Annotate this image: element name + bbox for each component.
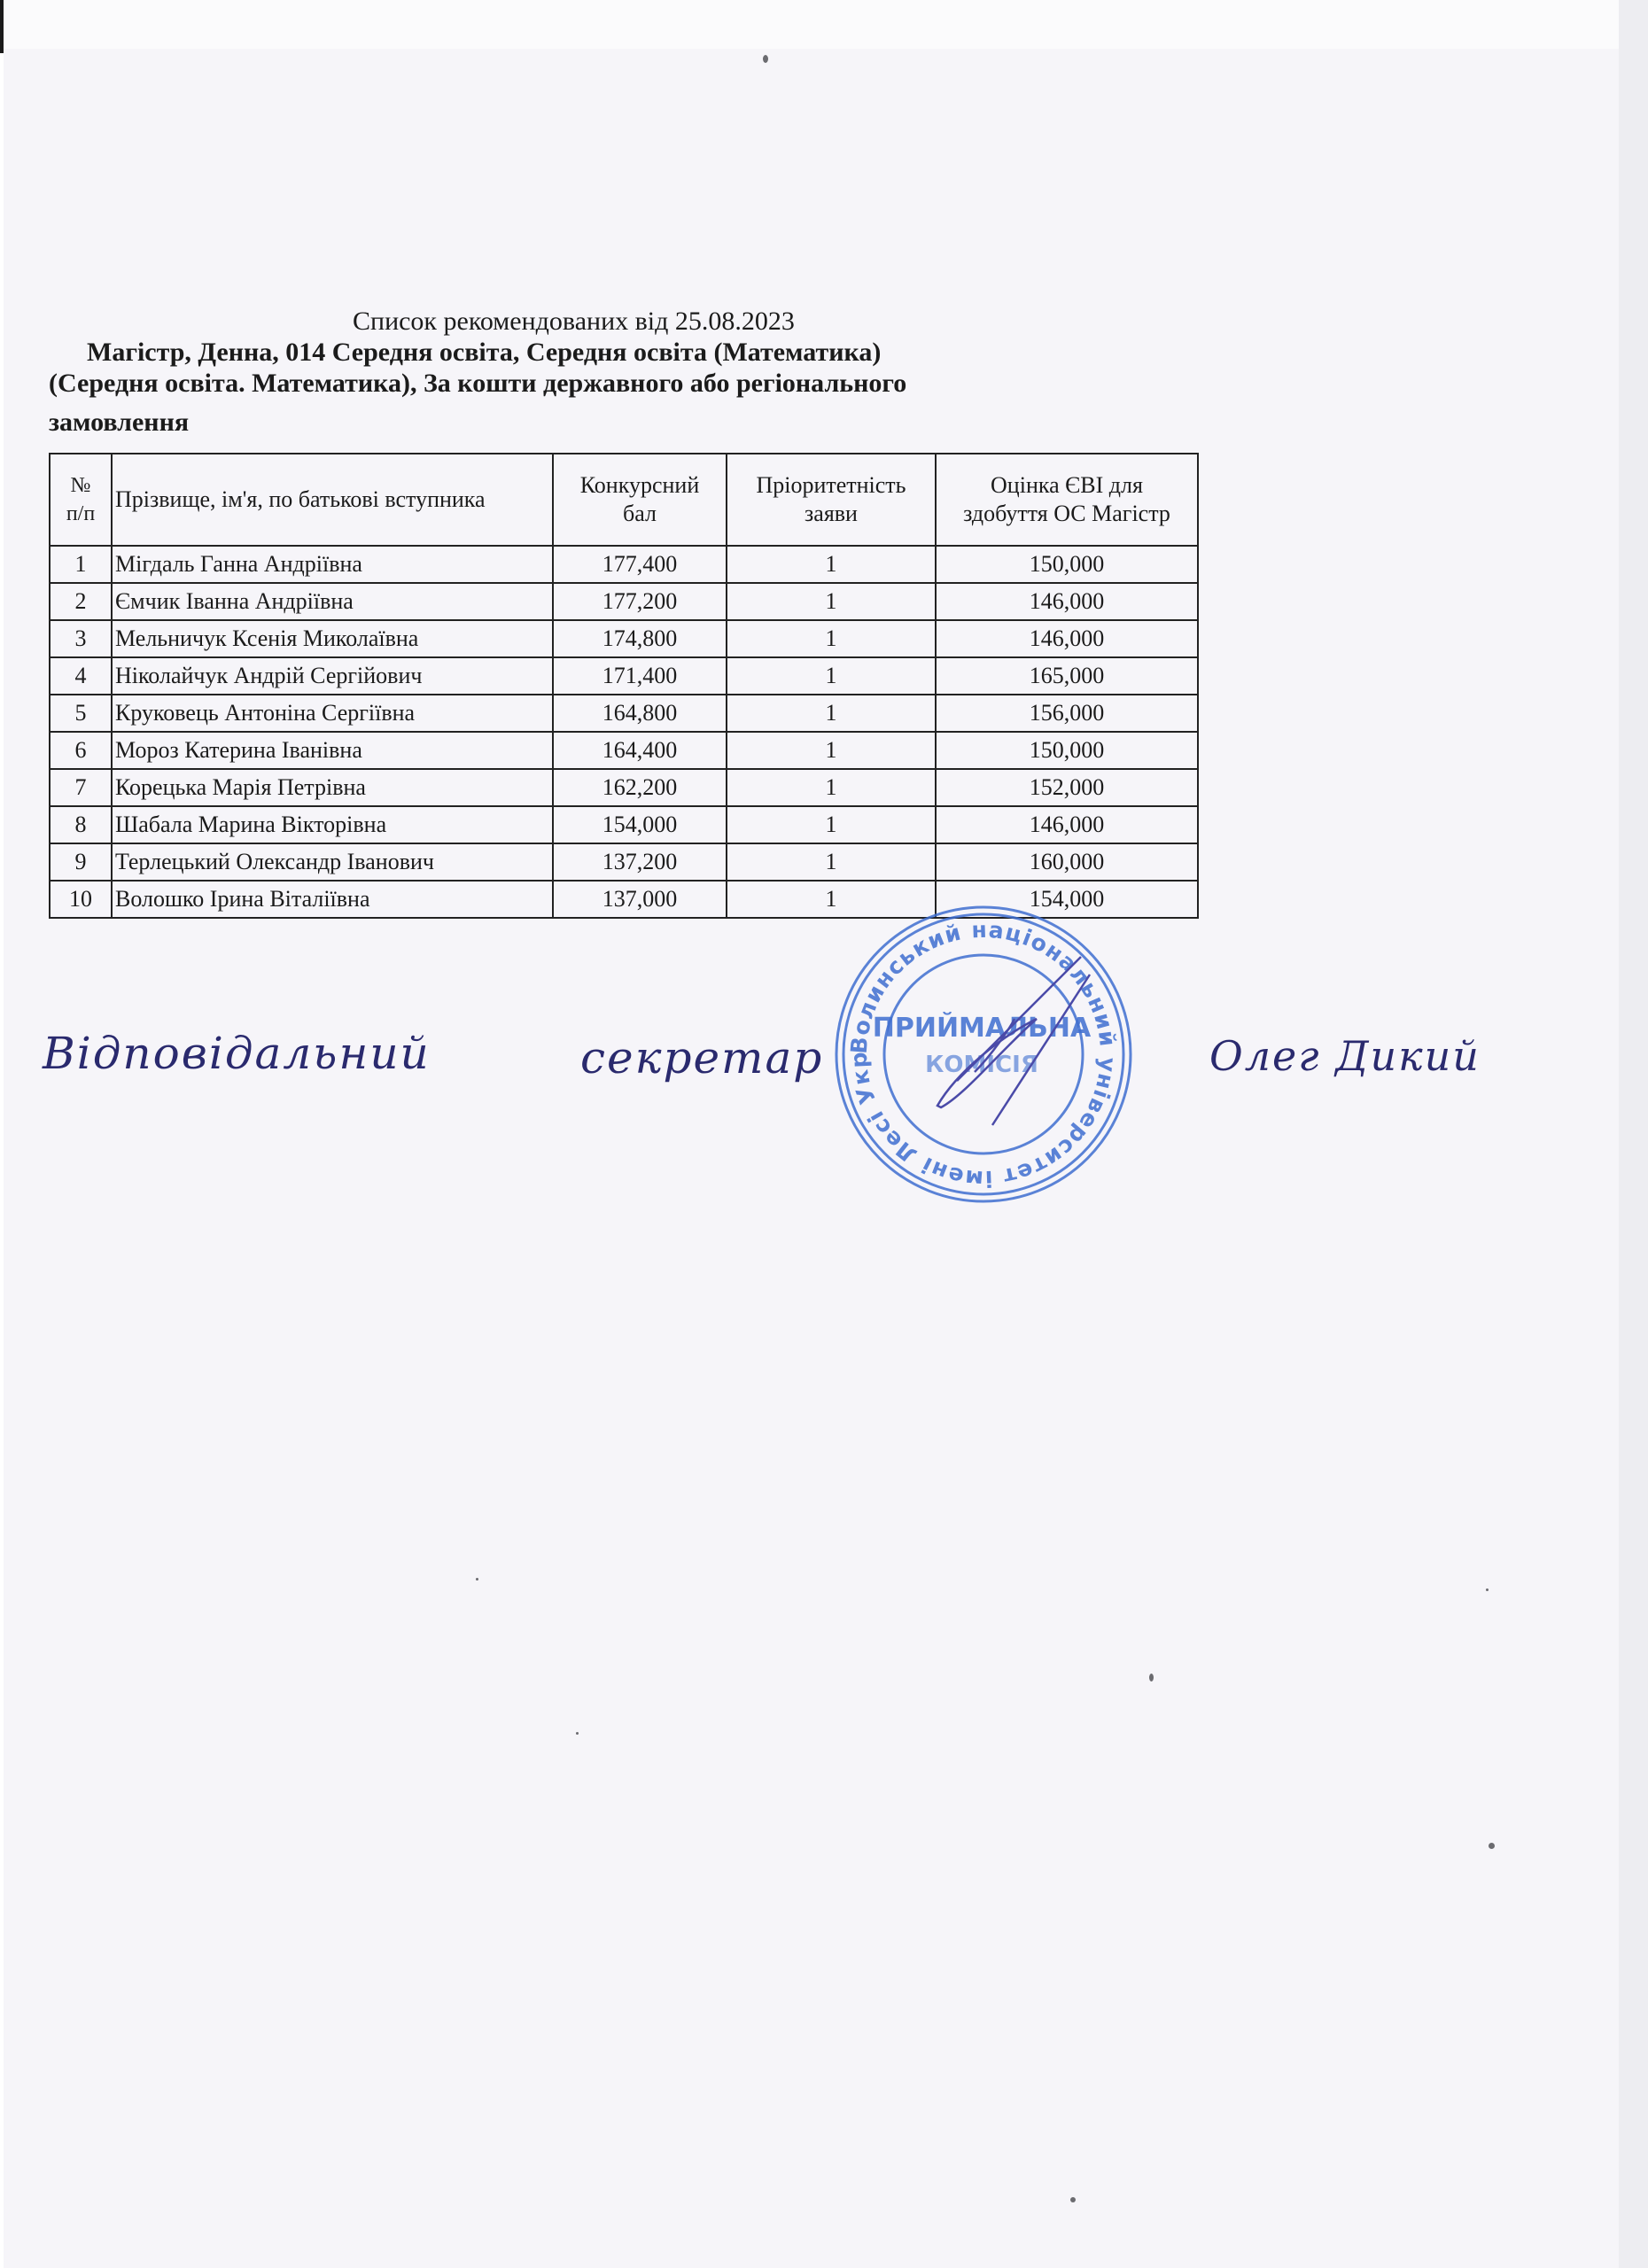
table-header-row: № п/п Прізвище, ім'я, по батькові вступн… (50, 454, 1198, 546)
competitive-score: 171,400 (553, 657, 727, 695)
header-score: Конкурсний бал (553, 454, 727, 546)
speck (1489, 1843, 1495, 1849)
signature-position-word2: секретар (580, 1032, 823, 1084)
header-score-line1: Конкурсний (580, 472, 700, 498)
speck (576, 1732, 579, 1735)
admission-committee-stamp: Волинський національний університет імен… (824, 895, 1143, 1214)
speck (1070, 2197, 1076, 2202)
application-priority: 1 (727, 806, 936, 843)
scan-backdrop-top (0, 0, 1648, 49)
header-score-line2: бал (623, 501, 657, 526)
evi-score: 156,000 (936, 695, 1198, 732)
speck (1486, 1588, 1489, 1591)
competitive-score: 137,000 (553, 881, 727, 918)
applicant-name: Терлецький Олександр Іванович (112, 843, 553, 881)
evi-score: 150,000 (936, 732, 1198, 769)
applicant-name: Волошко Ірина Віталіївна (112, 881, 553, 918)
evi-score: 160,000 (936, 843, 1198, 881)
speck (476, 1578, 478, 1581)
row-number: 7 (50, 769, 112, 806)
speck (1149, 1674, 1154, 1682)
competitive-score: 174,800 (553, 620, 727, 657)
scan-backdrop-right (1619, 0, 1648, 2268)
header-priority-line1: Пріоритетність (756, 472, 906, 498)
table-row: 8Шабала Марина Вікторівна154,0001146,000 (50, 806, 1198, 843)
applicant-name: Мороз Катерина Іванівна (112, 732, 553, 769)
competitive-score: 164,800 (553, 695, 727, 732)
applicant-name: Мельничук Ксенія Миколаївна (112, 620, 553, 657)
table-row: 5Круковець Антоніна Сергіївна164,8001156… (50, 695, 1198, 732)
evi-score: 146,000 (936, 806, 1198, 843)
application-priority: 1 (727, 583, 936, 620)
table-row: 7Корецька Марія Петрівна162,2001152,000 (50, 769, 1198, 806)
header-evi-line1: Оцінка ЄВІ для (991, 472, 1143, 498)
application-priority: 1 (727, 732, 936, 769)
header-number-line2: п/п (66, 502, 95, 525)
evi-score: 146,000 (936, 583, 1198, 620)
application-priority: 1 (727, 620, 936, 657)
signature-name: Олег Дикий (1209, 1032, 1481, 1080)
evi-score: 165,000 (936, 657, 1198, 695)
row-number: 5 (50, 695, 112, 732)
header-evi: Оцінка ЄВІ для здобуття ОС Магістр (936, 454, 1198, 546)
competitive-score: 177,200 (553, 583, 727, 620)
row-number: 3 (50, 620, 112, 657)
application-priority: 1 (727, 843, 936, 881)
competitive-score: 177,400 (553, 546, 727, 583)
recommended-list-table: № п/п Прізвище, ім'я, по батькові вступн… (49, 453, 1199, 919)
competitive-score: 154,000 (553, 806, 727, 843)
row-number: 1 (50, 546, 112, 583)
header-number-line1: № (71, 474, 91, 497)
evi-score: 146,000 (936, 620, 1198, 657)
row-number: 6 (50, 732, 112, 769)
table-row: 3Мельничук Ксенія Миколаївна174,8001146,… (50, 620, 1198, 657)
applicant-name: Ніколайчук Андрій Сергійович (112, 657, 553, 695)
applicant-name: Шабала Марина Вікторівна (112, 806, 553, 843)
speck (763, 55, 768, 63)
row-number: 8 (50, 806, 112, 843)
row-number: 10 (50, 881, 112, 918)
program-line-2: (Середня освіта. Математика), За кошти д… (49, 369, 906, 399)
competitive-score: 164,400 (553, 732, 727, 769)
table-row: 9Терлецький Олександр Іванович137,200116… (50, 843, 1198, 881)
row-number: 2 (50, 583, 112, 620)
applicant-name: Круковець Антоніна Сергіївна (112, 695, 553, 732)
application-priority: 1 (727, 546, 936, 583)
row-number: 4 (50, 657, 112, 695)
application-priority: 1 (727, 695, 936, 732)
header-priority: Пріоритетність заяви (727, 454, 936, 546)
applicant-name: Мігдаль Ганна Андріївна (112, 546, 553, 583)
scan-edge (0, 0, 4, 53)
evi-score: 152,000 (936, 769, 1198, 806)
table-row: 4Ніколайчук Андрій Сергійович171,4001165… (50, 657, 1198, 695)
applicant-name: Ємчик Іванна Андріївна (112, 583, 553, 620)
document-title: Список рекомендованих від 25.08.2023 (353, 307, 795, 337)
application-priority: 1 (727, 769, 936, 806)
program-line-3: замовлення (49, 408, 189, 438)
competitive-score: 162,200 (553, 769, 727, 806)
table-row: 1Мігдаль Ганна Андріївна177,4001150,000 (50, 546, 1198, 583)
table-row: 6Мороз Катерина Іванівна164,4001150,000 (50, 732, 1198, 769)
program-line-1: Магістр, Денна, 014 Середня освіта, Сере… (87, 338, 881, 368)
stamp-center-line1: ПРИЙМАЛЬНА (873, 1012, 1092, 1044)
header-evi-line2: здобуття ОС Магістр (963, 501, 1170, 526)
table-row: 2Ємчик Іванна Андріївна177,2001146,000 (50, 583, 1198, 620)
header-number: № п/п (50, 454, 112, 546)
header-priority-line2: заяви (805, 501, 858, 526)
row-number: 9 (50, 843, 112, 881)
competitive-score: 137,200 (553, 843, 727, 881)
header-name: Прізвище, ім'я, по батькові вступника (112, 454, 553, 546)
signature-position-word1: Відповідальний (43, 1028, 431, 1079)
applicant-name: Корецька Марія Петрівна (112, 769, 553, 806)
evi-score: 150,000 (936, 546, 1198, 583)
application-priority: 1 (727, 657, 936, 695)
